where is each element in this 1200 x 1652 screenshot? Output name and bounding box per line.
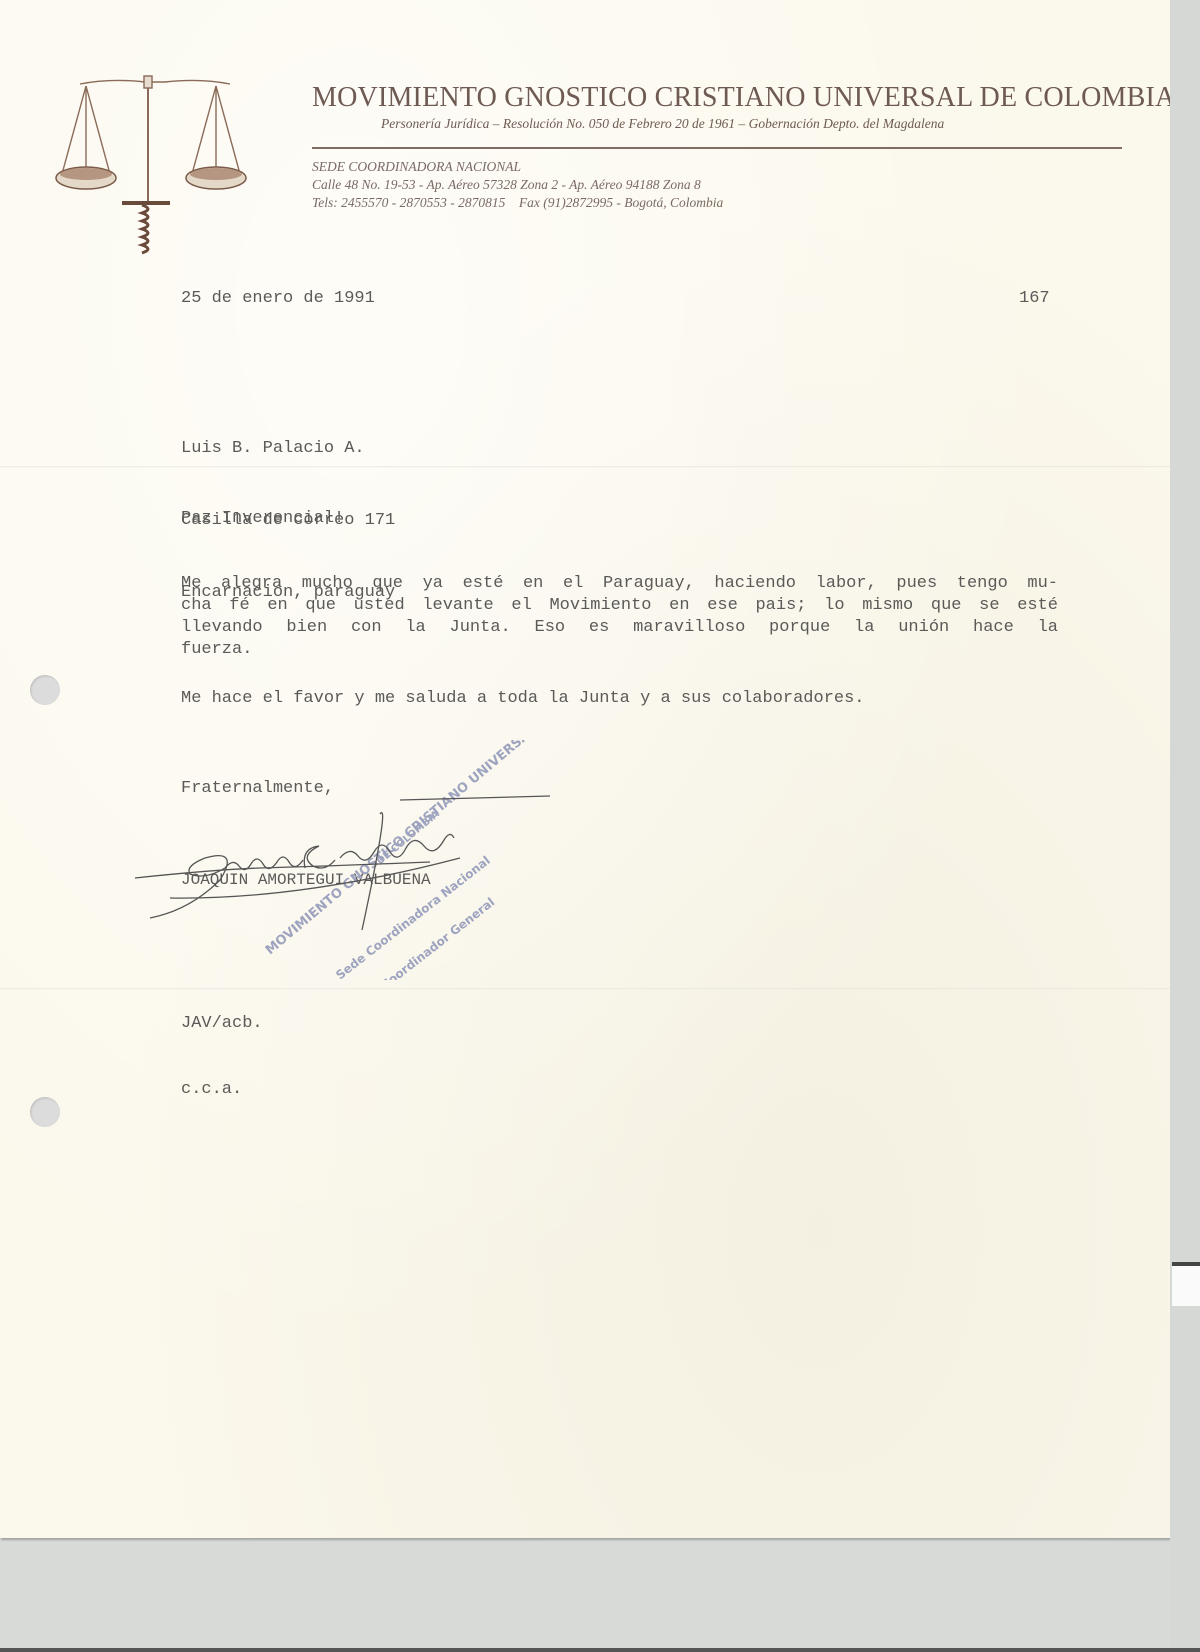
stamp-inner-text: DE COLOMBIA: [375, 809, 442, 868]
recipient-name: Luis B. Palacio A.: [181, 437, 395, 461]
paper-fold-line: [0, 988, 1170, 990]
greeting: Paz Inverencial!: [181, 509, 344, 528]
signature-and-stamp: MOVIMIENTO GNOSTICO CRISTIANO UNIVERSAL …: [130, 740, 610, 980]
legal-status: Personería Jurídica – Resolución No. 050…: [381, 116, 944, 132]
typist-initials: JAV/acb.: [181, 1013, 263, 1035]
stamp-arc-text: MOVIMIENTO GNOSTICO CRISTIANO UNIVERSAL: [263, 740, 539, 958]
office-contact: Tels: 2455570 - 2870553 - 2870815 Fax (9…: [312, 194, 723, 212]
copy-note: c.c.a.: [181, 1079, 263, 1101]
rubber-stamp-icon: MOVIMIENTO GNOSTICO CRISTIANO UNIVERSAL …: [263, 740, 539, 980]
stamp-line-2: Coordinador General: [378, 895, 497, 980]
paper-fold-line: [0, 466, 1170, 468]
letterhead-divider: [312, 147, 1122, 149]
body-line: cha fé en que usted levante el Movimient…: [181, 595, 1058, 617]
scanner-bottom-edge: [0, 1648, 1200, 1652]
body-line: Me alegra mucho que ya esté en el Paragu…: [181, 573, 1058, 595]
body-paragraph-2: Me hace el favor y me saluda a toda la J…: [181, 689, 865, 708]
office-block: SEDE COORDINADORA NACIONAL Calle 48 No. …: [312, 158, 723, 212]
punch-hole: [30, 675, 60, 705]
organization-name: MOVIMIENTO GNOSTICO CRISTIANO UNIVERSAL …: [312, 82, 1122, 114]
closing: Fraternalmente,: [181, 779, 334, 798]
body-paragraph: Me alegra mucho que ya esté en el Paragu…: [181, 573, 1058, 661]
letter-paper: MOVIMIENTO GNOSTICO CRISTIANO UNIVERSAL …: [0, 0, 1170, 1538]
scanner-edge-highlight: [1172, 1266, 1200, 1306]
handwritten-signature-icon: [135, 796, 550, 930]
reference-initials: JAV/acb. c.c.a.: [181, 969, 263, 1145]
scanner-background: [1170, 0, 1200, 1652]
punch-hole: [30, 1097, 60, 1127]
scales-of-justice-sword-icon: [50, 74, 260, 259]
office-address: Calle 48 No. 19-53 - Ap. Aéreo 57328 Zon…: [312, 176, 723, 194]
body-line: fuerza.: [181, 639, 1058, 661]
office-name: SEDE COORDINADORA NACIONAL: [312, 158, 723, 176]
letter-date: 25 de enero de 1991: [181, 289, 375, 308]
body-line: llevando bien con la Junta. Eso es marav…: [181, 617, 1058, 639]
reference-number: 167: [1019, 289, 1050, 308]
signer-name: JOAQUIN AMORTEGUI VALBUENA: [181, 871, 431, 889]
